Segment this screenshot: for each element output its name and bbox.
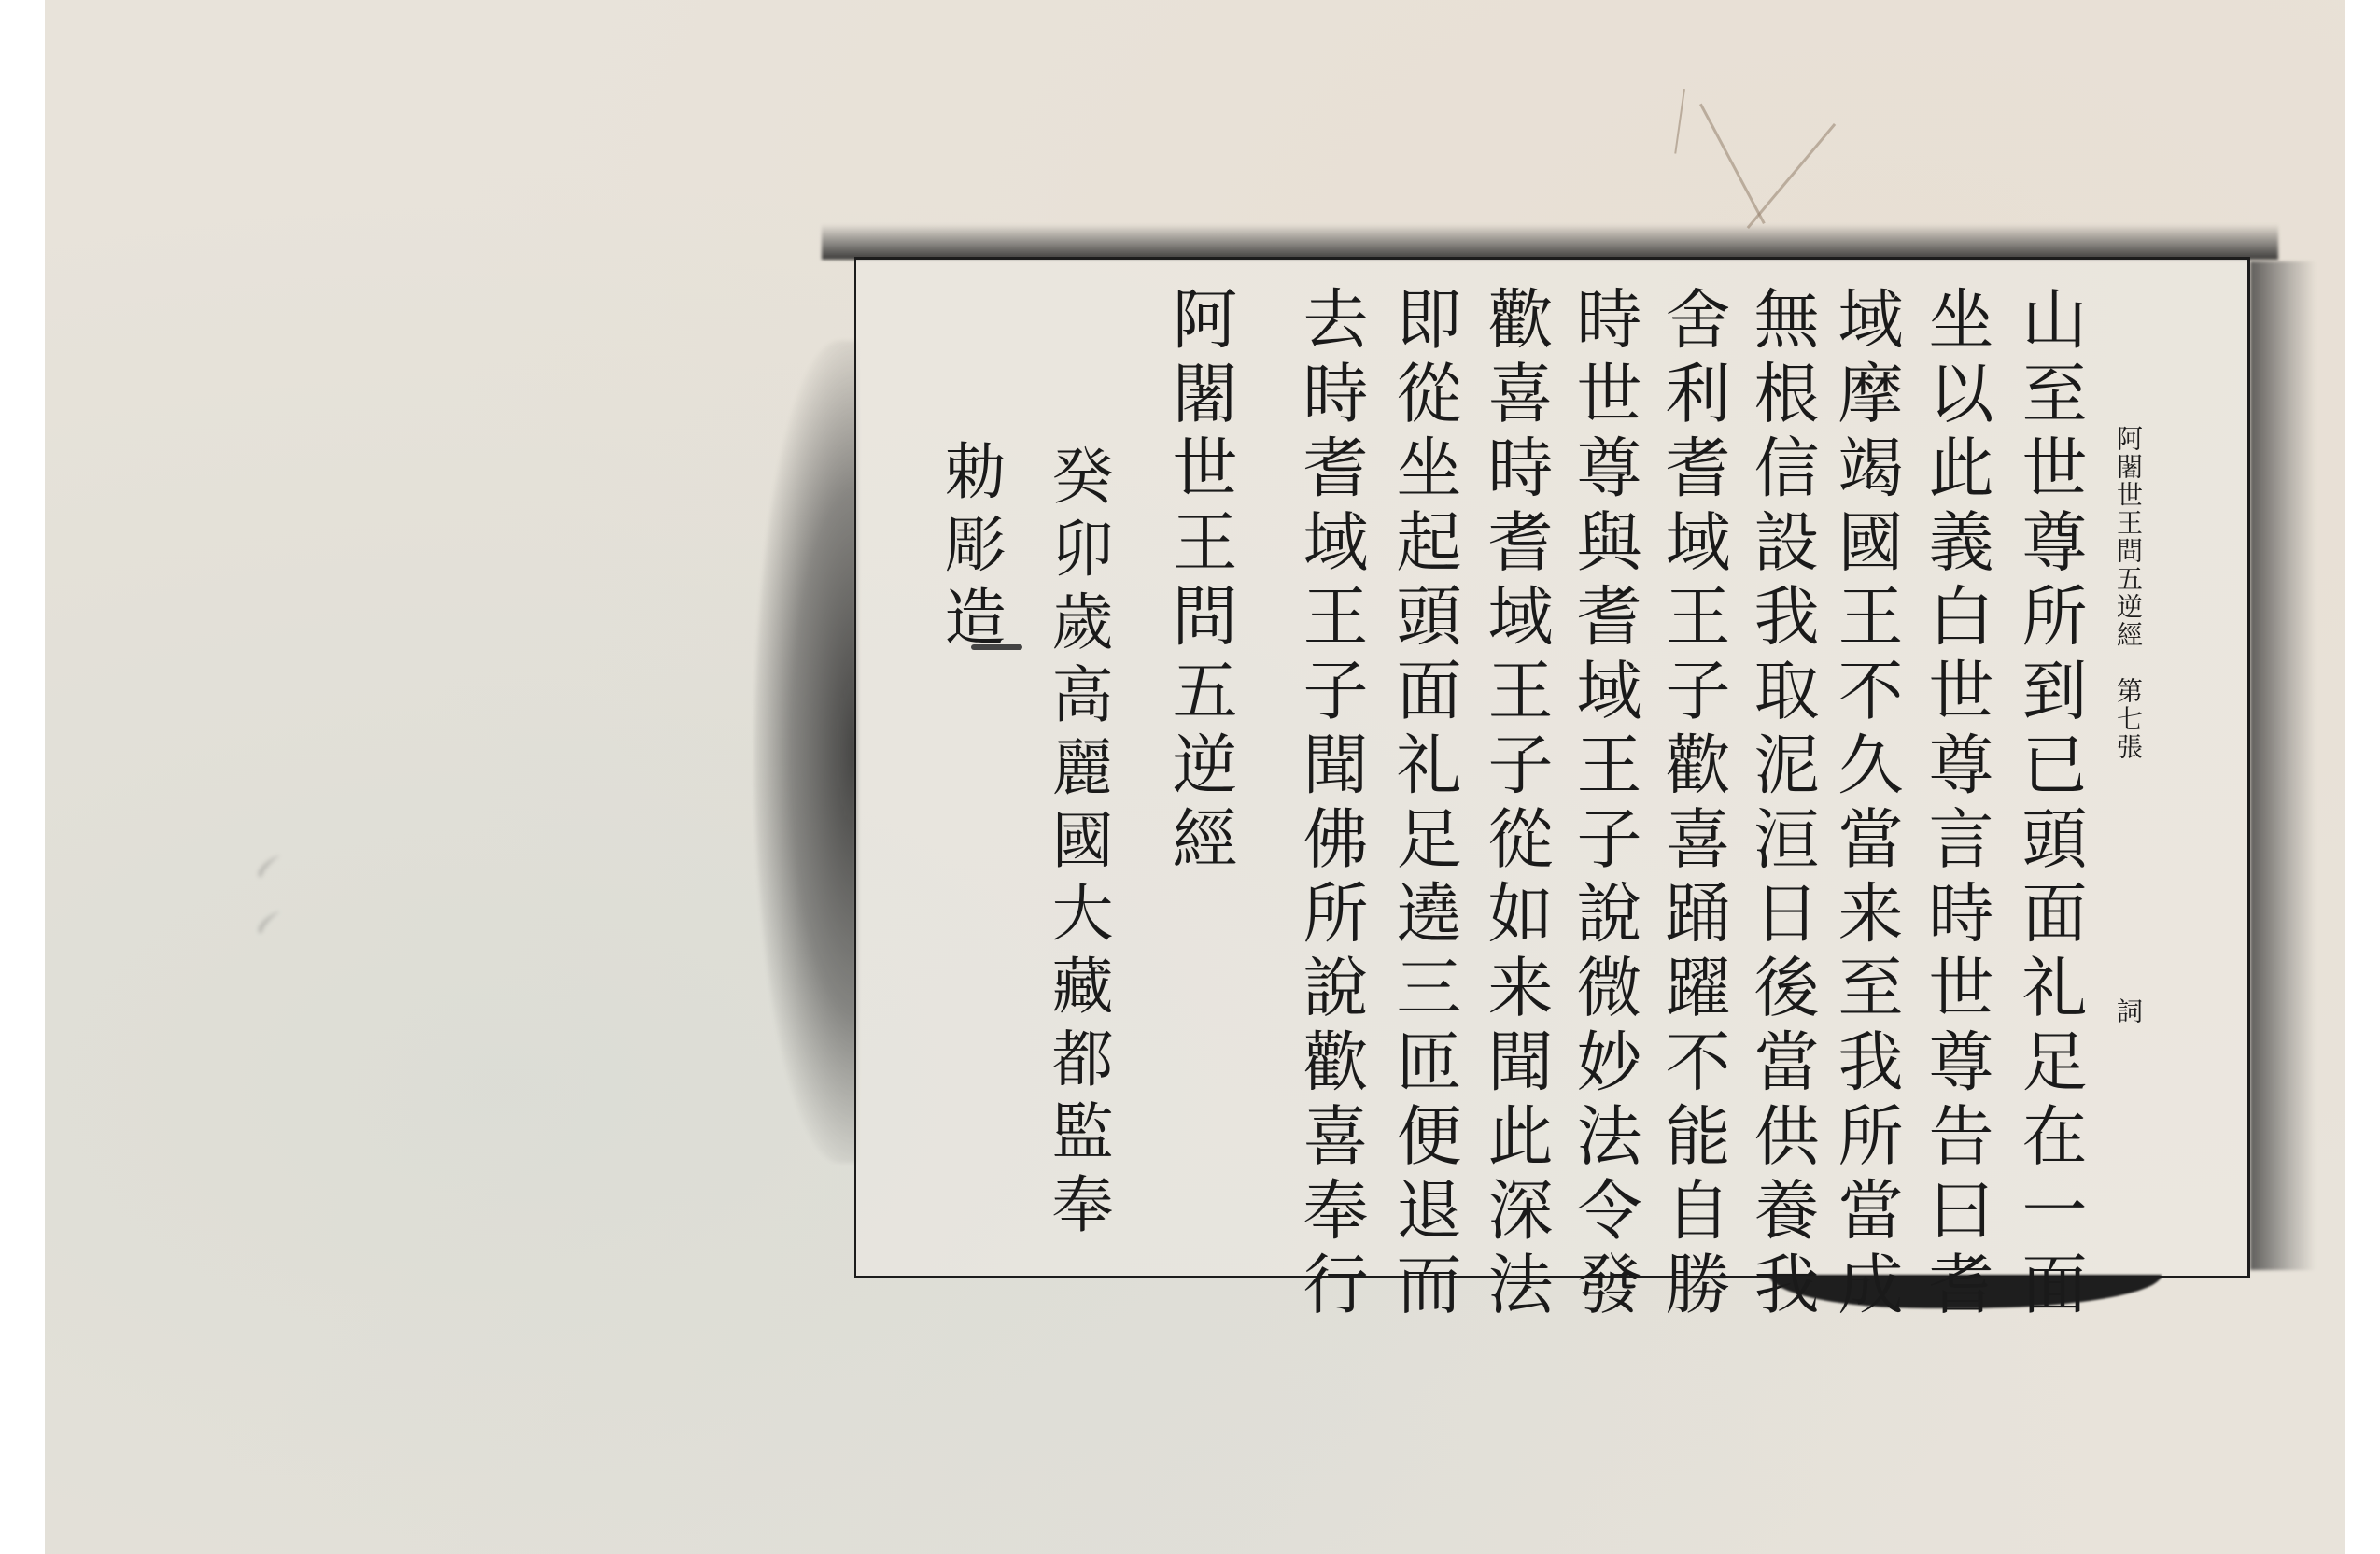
- ink-smudge-top: [822, 224, 2278, 260]
- text-column-4: 無根信設我取泥洹日後當供養我: [1749, 285, 1814, 1324]
- text-column-9: 去時耆域王子聞佛所說歡喜奉行: [1298, 285, 1363, 1324]
- text-column-2: 坐以此義白世尊言時世尊告曰耆: [1923, 285, 1989, 1324]
- text-column-8: 即從坐起頭面礼足遶三匝便退而: [1391, 285, 1457, 1324]
- text-column-5: 舍利耆域王子歡喜踊躍不能自勝: [1660, 285, 1725, 1324]
- sutra-end-title: 阿闍世王問五逆經: [1167, 285, 1232, 879]
- text-column-6: 時世尊與耆域王子說微妙法令發: [1571, 285, 1637, 1324]
- colophon-line-1: 癸卯歲高麗國大藏都監奉: [1046, 444, 1107, 1245]
- ink-smudge-right: [2250, 261, 2316, 1270]
- text-column-7: 歡喜時耆域王子從如来聞此深法: [1483, 285, 1548, 1324]
- bleed-through-marks: 丶丶: [233, 841, 314, 953]
- text-column-3: 域摩竭國王不久當来至我所當成: [1833, 285, 1898, 1324]
- margin-page-number: 第七張: [2115, 677, 2141, 761]
- colophon-line-2: 勅彫造: [938, 439, 1000, 657]
- margin-mark: 詞: [2115, 997, 2141, 1025]
- margin-title: 阿闍世王問五逆經: [2115, 425, 2141, 649]
- ink-dash-mark: [971, 644, 1022, 650]
- text-column-1: 山至世尊所到已頭面礼足在一面: [2017, 285, 2082, 1324]
